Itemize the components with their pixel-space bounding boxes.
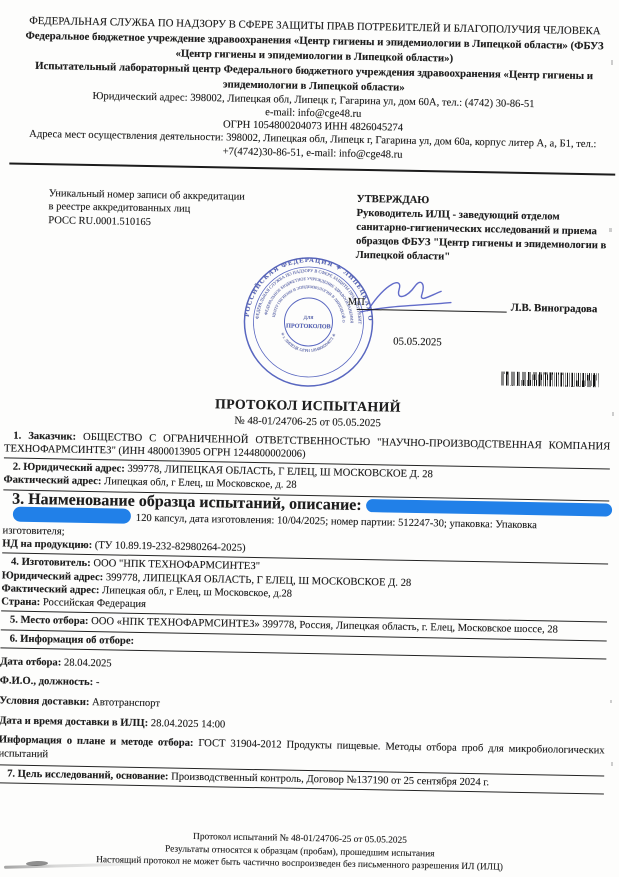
scan-artifact bbox=[611, 60, 613, 65]
delivery-dt-label: Дата и время доставки в ИЛЦ: bbox=[0, 715, 148, 729]
redaction-bar bbox=[13, 506, 131, 523]
fio-value: - bbox=[96, 677, 100, 688]
mfr-actual-label: Фактический адрес: bbox=[1, 583, 99, 596]
scan-artifact bbox=[610, 700, 612, 703]
scanned-content: ФЕДЕРАЛЬНАЯ СЛУЖБА ПО НАДЗОРУ В СФЕРЕ ЗА… bbox=[0, 0, 619, 876]
scan-artifact bbox=[612, 412, 614, 416]
mfr-legal-label: Юридический адрес: bbox=[2, 570, 104, 583]
plan-label: Информация о плане и методе отбора: bbox=[0, 735, 194, 750]
country-label: Страна: bbox=[1, 596, 40, 608]
accreditation-block: Уникальный номер записи об аккредитации … bbox=[48, 187, 293, 261]
delivery-label: Условия доставки: bbox=[0, 695, 90, 708]
approval-block: УТВЕРЖДАЮ Руководитель ИЛЦ - заведующий … bbox=[356, 192, 615, 267]
scan-artifact bbox=[611, 762, 613, 766]
document-page: ФЕДЕРАЛЬНАЯ СЛУЖБА ПО НАДЗОРУ В СФЕРЕ ЗА… bbox=[0, 0, 619, 877]
nd-value: (ТУ 10.89.19-232-82980264-2025) bbox=[95, 540, 246, 554]
sampling-date-label: Дата отбора: bbox=[0, 656, 61, 668]
delivery-value: Автотранспорт bbox=[92, 697, 160, 709]
actual-address-value: Липецкая обл, г Елец, ш Московское, д. 2… bbox=[104, 477, 297, 492]
signature-area: РОССИЙСКАЯ ФЕДЕРАЦИЯ ✦ ЛИПЕЦКАЯ ОБЛАСТЬ … bbox=[5, 256, 613, 399]
nd-label: НД на продукцию: bbox=[2, 538, 92, 551]
manufacturer-label: 4. Изготовитель: bbox=[11, 557, 91, 569]
signature-stroke-icon bbox=[355, 274, 516, 319]
page-footer: Протокол испытаний № 48-01/24706-25 от 0… bbox=[0, 828, 603, 876]
section-customer: 1. Заказчик: ОБЩЕСТВО С ОГРАНИЧЕННОЙ ОТВ… bbox=[4, 429, 610, 467]
fio-label: Ф.И.О., должность: bbox=[0, 676, 93, 689]
sampling-date-value: 28.04.2025 bbox=[64, 657, 112, 669]
barcode bbox=[501, 371, 598, 387]
approval-position: Руководитель ИЛЦ - заведующий отделом са… bbox=[356, 207, 615, 267]
customer-value: ОБЩЕСТВО С ОГРАНИЧЕННОЙ ОТВЕТСТВЕННОСТЬЮ… bbox=[4, 431, 610, 459]
customer-label: 1. Заказчик: bbox=[13, 430, 76, 442]
stamp-center-line2: ПРОТОКОЛОВ bbox=[286, 322, 331, 330]
place-label: 5. Место отбора: bbox=[10, 615, 89, 627]
country-value: Российская Федерация bbox=[43, 597, 146, 610]
delivery-dt-value: 28.04.2025 14:00 bbox=[151, 718, 226, 730]
stamp-center-line1: для bbox=[304, 313, 314, 320]
manufacturer-value: ООО "НПК ТЕХНОФАРМСИНТЕЗ" bbox=[93, 558, 260, 572]
actual-address-label: Фактический адрес: bbox=[3, 475, 101, 488]
approval-date: 05.05.2025 bbox=[393, 335, 442, 348]
scan-artifact bbox=[609, 228, 612, 232]
goal-label: 7. Цель исследований, основание: bbox=[7, 769, 169, 783]
signer-name: Л.В. Виноградова bbox=[511, 301, 598, 315]
legal-address-label: 2. Юридический адрес: bbox=[13, 462, 125, 475]
